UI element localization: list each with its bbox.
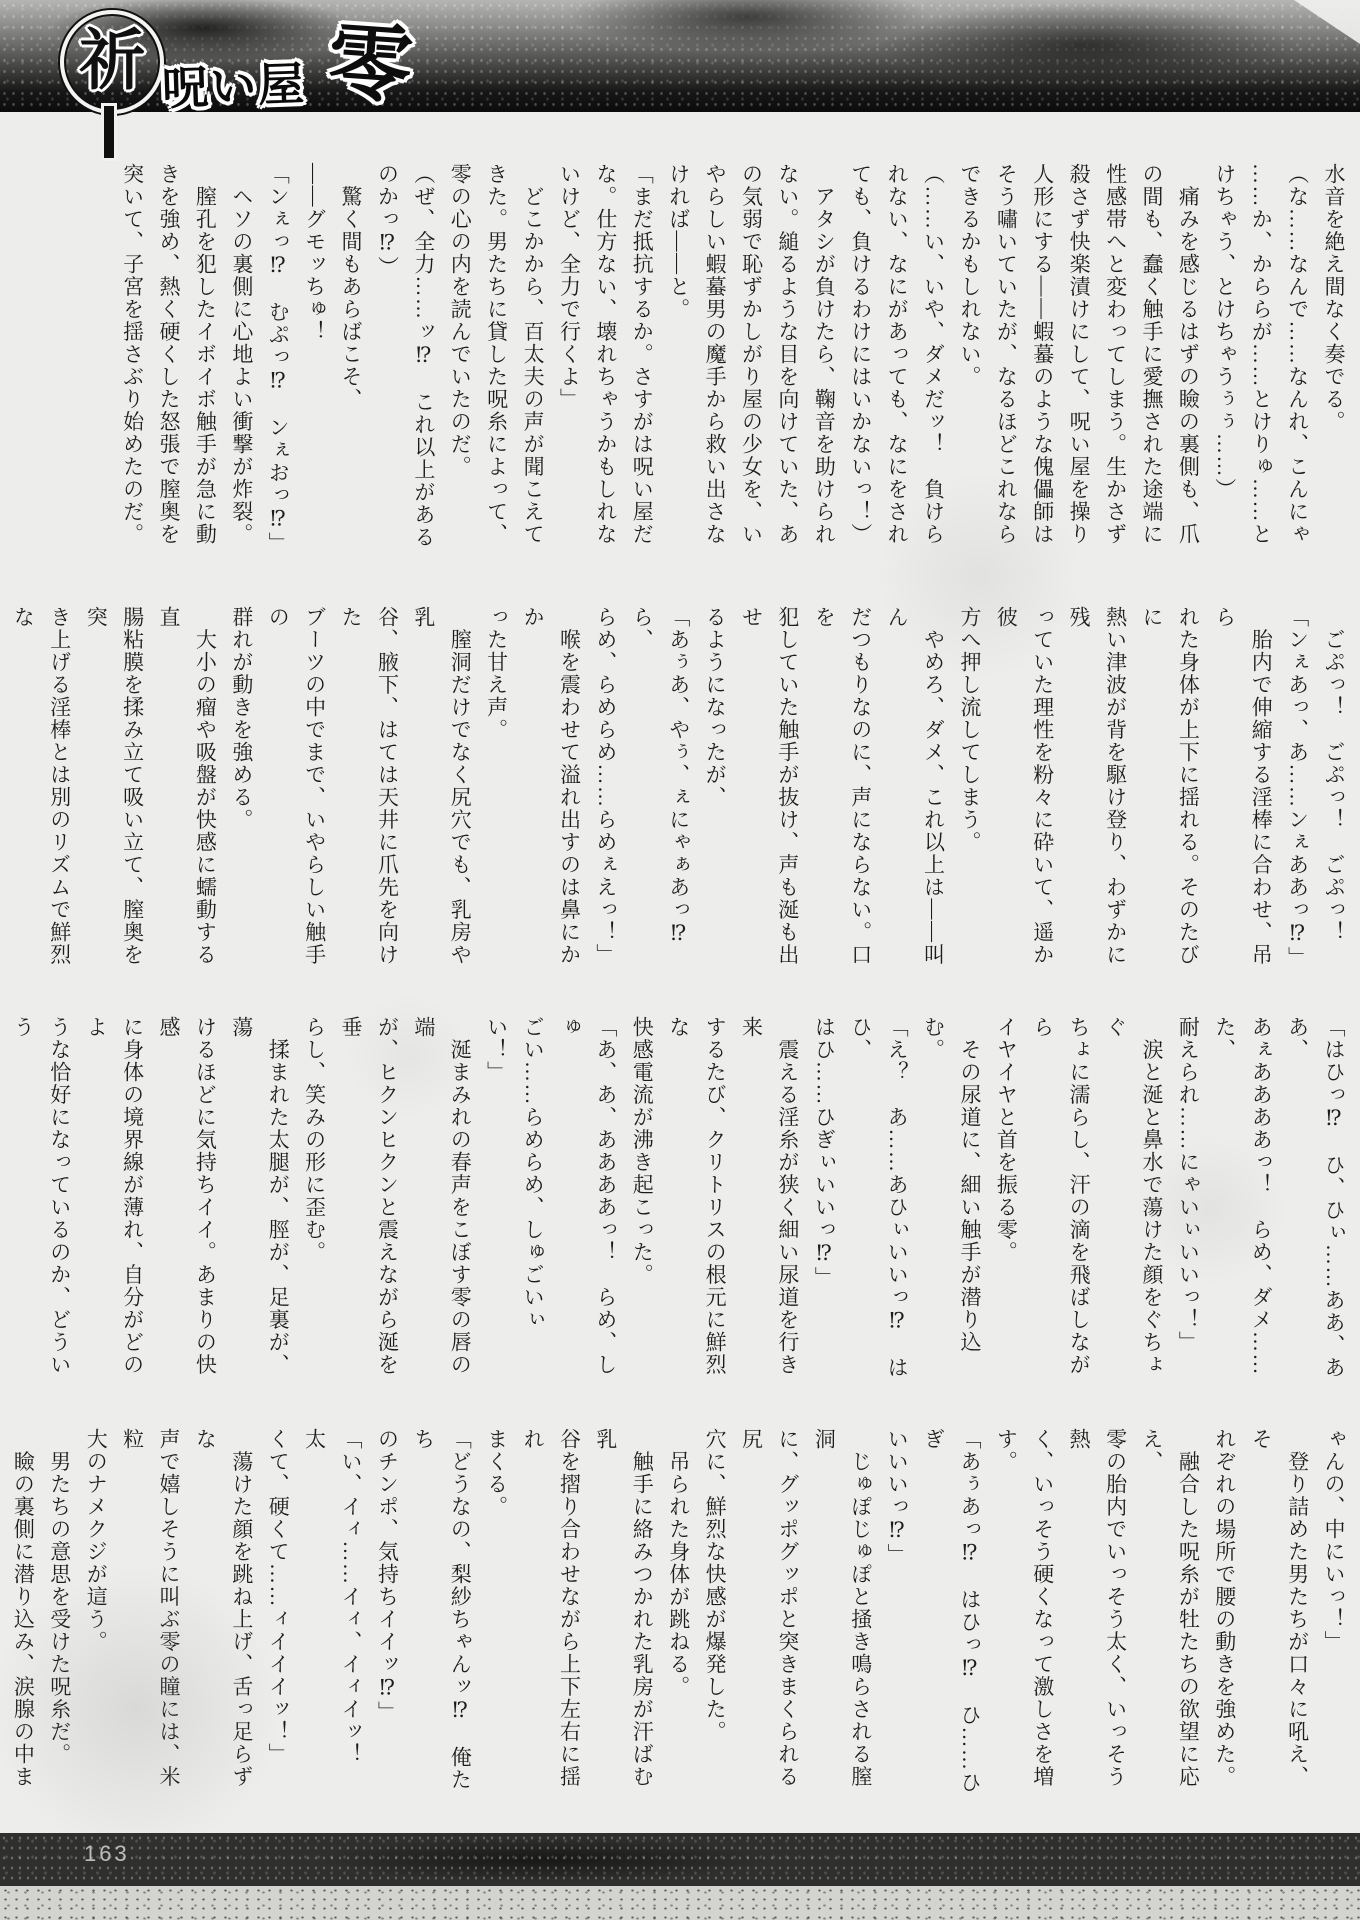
text-column: のかっ⁉）: [369, 163, 405, 551]
scanned-novel-page: 祈 呪い屋 零 水音を絶え間なく奏でる。（な……なんで……なんれ、こんにゃ……か…: [0, 0, 1360, 1920]
text-column: の気弱で恥ずかしがり屋の少女を、い: [733, 163, 769, 551]
text-column: （ぜ、全力……ッ⁉ これ以上がある: [405, 163, 441, 551]
text-column: だつもりなのに、声にならない。口を: [806, 606, 879, 972]
text-column: 瞼の裏側に潜り込み、涙腺の中まで: [0, 1428, 41, 1804]
text-column: 人形にする――蝦蟇のような傀儡師は: [1024, 163, 1060, 551]
text-column: 大のナメクジが這う。: [78, 1428, 114, 1804]
series-logo: 祈 呪い屋 零: [52, 6, 372, 156]
text-column: ければ――と。: [660, 163, 696, 551]
text-column: 「どうなの、梨紗ちゃんッ⁉ 俺たち: [405, 1428, 478, 1804]
text-column: 登り詰めた男たちが口々に吼え、そ: [1243, 1428, 1316, 1804]
text-column: イヤイヤと首を振る零。: [988, 1016, 1024, 1384]
text-column: 殺さず快楽漬けにして、呪い屋を操り: [1061, 163, 1097, 551]
text-column: きを強め、熱く硬くした怒張で膣奥を: [151, 163, 187, 551]
text-column: 零の心の内を読んでいたのだ。: [442, 163, 478, 551]
text-column: っていた理性を粉々に砕いて、遥か彼: [988, 606, 1061, 972]
text-column: 「ンぇっ⁉ むぷっ⁉ ンぇおっ⁉」: [260, 163, 296, 551]
text-column: 「はひっ⁉ ひ、ひぃ……ああ、ああ、: [1279, 1016, 1352, 1384]
text-column: 男たちの意思を受けた呪糸だ。: [41, 1428, 77, 1804]
text-column: 腸粘膜を揉み立て吸い立て、膣奥を突: [78, 606, 151, 972]
text-column: ない。縋るような目を向けていた、あ: [770, 163, 806, 551]
text-column: 膣洞だけでなく尻穴でも、乳房や乳: [405, 606, 478, 972]
text-column: やらしい蝦蟇男の魔手から救い出さな: [697, 163, 733, 551]
series-title-zero: 零: [325, 21, 415, 111]
text-column: が、ヒクンヒクンと震えながら涎を垂: [333, 1016, 406, 1384]
text-column: 突いて、子宮を揺さぶり始めたのだ。: [114, 163, 150, 551]
text-column: れぞれの場所で腰の動きを強めた。: [1206, 1428, 1242, 1804]
text-column: く、いっそう硬くなって激しさを増す。: [988, 1428, 1061, 1804]
page-number: 163: [84, 1841, 130, 1867]
text-column: 零の胎内でいっそう太く、いっそう熱: [1061, 1428, 1134, 1804]
text-column: るようになったが、: [697, 606, 733, 972]
text-column: ブーツの中でまで、いやらしい触手の: [260, 606, 333, 972]
text-column: けるほどに気持ちイイ。あまりの快感: [151, 1016, 224, 1384]
text-column: いいいっ⁉」: [879, 1428, 915, 1804]
text-column: ごぷっ！ ごぷっ！ ごぷっ！: [1316, 606, 1352, 972]
text-band-3: 「はひっ⁉ ひ、ひぃ……ああ、ああ、あぇああああっ！ らめ、ダメ……た、耐えられ…: [110, 1016, 1352, 1384]
text-column: 蕩けた顔を跳ね上げ、舌っ足らずな: [187, 1428, 260, 1804]
text-column: の間も、蠢く触手に愛撫された途端に: [1134, 163, 1170, 551]
text-column: 「まだ抵抗するか。さすがは呪い屋だ: [624, 163, 660, 551]
text-column: 方へ押し流してしまう。: [952, 606, 988, 972]
text-column: そう嘯いていたが、なるほどこれなら: [988, 163, 1024, 551]
text-column: じゅぽじゅぽと掻き鳴らされる膣洞: [806, 1428, 879, 1804]
text-column: 触手に絡みつかれた乳房が汗ばむ乳: [587, 1428, 660, 1804]
text-column: 大小の瘤や吸盤が快感に蠕動する直: [151, 606, 224, 972]
text-column: った甘え声。: [478, 606, 514, 972]
text-column: 水音を絶え間なく奏でる。: [1316, 163, 1352, 551]
text-column: 「え？ あ……あひぃいいっ⁉ はひ、: [842, 1016, 915, 1384]
text-column: 涙と涎と鼻水で蕩けた顔をぐちょぐ: [1097, 1016, 1170, 1384]
text-column: 驚く間もあらばこそ、: [333, 163, 369, 551]
text-column: くて、硬くて……ィイイイッ！」: [260, 1428, 296, 1804]
text-column: 穴に、鮮烈な快感が爆発した。: [697, 1428, 733, 1804]
text-column: 熱い津波が背を駆け登り、わずかに残: [1061, 606, 1134, 972]
text-column: 震える淫糸が狭く細い尿道を行き来: [733, 1016, 806, 1384]
text-column: 痛みを感じるはずの瞼の裏側も、爪: [1170, 163, 1206, 551]
text-column: 膣孔を犯したイボイボ触手が急に動: [187, 163, 223, 551]
text-column: やめろ、ダメ、これ以上は――叫ん: [879, 606, 952, 972]
text-column: 「ンぇあっ、あ……ンぇああっ⁉」: [1279, 606, 1315, 972]
text-column: 涎まみれの春声をこぼす零の唇の端: [405, 1016, 478, 1384]
text-column: 場所で、だれに、どんな風に犯されて: [0, 1016, 5, 1384]
text-column: 融合した呪糸が牡たちの欲望に応え、: [1134, 1428, 1207, 1804]
text-column: 揉まれた太腿が、脛が、足裏が、蕩: [223, 1016, 296, 1384]
text-column: 谷、腋下、はては天井に爪先を向けた: [333, 606, 406, 972]
text-column: アタシが負けたら、鞠音を助けられ: [806, 163, 842, 551]
text-band-4: ゃんの、中にいっ！」 登り詰めた男たちが口々に吼え、それぞれの場所で腰の動きを強…: [110, 1428, 1352, 1804]
text-column: いけど、全力で行くよ」: [551, 163, 587, 551]
text-column: 「あぅあっ⁉ はひっ⁉ ひ……ひぎ: [915, 1428, 988, 1804]
text-column: 淫悦を次々と閃かせた。: [0, 606, 5, 972]
text-column: ごい……らめらめ、しゅごいぃい！」: [478, 1016, 551, 1384]
header-banner: 祈 呪い屋 零: [0, 0, 1360, 112]
text-column: らし、笑みの形に歪む。: [296, 1016, 332, 1384]
text-column: 喉を震わせて溢れ出すのは鼻にかか: [515, 606, 588, 972]
text-column: き上げる淫棒とは別のリズムで鮮烈な: [5, 606, 78, 972]
text-column: のチンポ、気持ちイイッ⁉」: [369, 1428, 405, 1804]
text-column: れた身体が上下に揺れる。そのたびに: [1134, 606, 1207, 972]
text-column: （……い、いや、ダメだッ！ 負けら: [915, 163, 951, 551]
text-column: 「あ、あ、ああああっ！ らめ、しゅ: [551, 1016, 624, 1384]
text-column: ゃんの、中にいっ！」: [1316, 1428, 1352, 1804]
text-column: 声で嬉しそうに叫ぶ零の瞳には、米粒: [114, 1428, 187, 1804]
text-column: ヘソの裏側に心地よい衝撃が炸裂。: [223, 163, 259, 551]
text-column: あぇああああっ！ らめ、ダメ……た、: [1206, 1016, 1279, 1384]
text-column: 耐えられ……にゃいぃいいっ！」: [1170, 1016, 1206, 1384]
text-column: れない、なにがあっても、なにをされ: [879, 163, 915, 551]
text-column: するたび、クリトリスの根元に鮮烈な: [660, 1016, 733, 1384]
series-emblem-circle: 祈: [60, 10, 164, 114]
text-column: （な……なんで……なんれ、こんにゃ: [1279, 163, 1315, 551]
text-column: どこかから、百太夫の声が聞こえて: [515, 163, 551, 551]
text-column: その尿道に、細い触手が潜り込む。: [915, 1016, 988, 1384]
text-band-2: ごぷっ！ ごぷっ！ ごぷっ！「ンぇあっ、あ……ンぇああっ⁉」 胎内で伸縮する淫棒…: [110, 606, 1352, 972]
text-band-1: 水音を絶え間なく奏でる。（な……なんで……なんれ、こんにゃ……か、かららが……と…: [110, 163, 1352, 551]
text-column: に身体の境界線が薄れ、自分がどのよ: [78, 1016, 151, 1384]
series-emblem-kanji: 祈: [79, 29, 145, 95]
text-column: ……か、かららが……とけりゅ……と: [1243, 163, 1279, 551]
text-column: ――グモッちゅ！: [296, 163, 332, 551]
text-column: きた。男たちに貸した呪糸によって、: [478, 163, 514, 551]
series-title: 呪い屋: [161, 48, 307, 119]
text-column: 「あぅあ、やぅ、ぇにゃぁあっ⁉ ら、: [624, 606, 697, 972]
text-column: 性感帯へと変わってしまう。生かさず: [1097, 163, 1133, 551]
text-column: ちょに濡らし、汗の滴を飛ばしながら: [1024, 1016, 1097, 1384]
text-column: 群れが動きを強める。: [223, 606, 259, 972]
footer-bar: [0, 1833, 1360, 1886]
text-column: 谷を摺り合わせながら上下左右に揺れ: [515, 1428, 588, 1804]
text-column: 吊られた身体が跳ねる。: [660, 1428, 696, 1804]
text-column: らめ、らめらめ……らめぇえっ！」: [587, 606, 623, 972]
text-column: まくる。: [478, 1428, 514, 1804]
bottom-grunge-strip: [0, 1886, 1360, 1920]
text-column: はひ……ひぎぃいいっ⁉」: [806, 1016, 842, 1384]
text-column: 犯していた触手が抜け、声も涎も出せ: [733, 606, 806, 972]
series-emblem-stem: [104, 106, 114, 158]
text-column: 「い、イィ……イィ、イィイッ！ 太: [296, 1428, 369, 1804]
text-column: ても、負けるわけにはいかないっ！）: [842, 163, 878, 551]
text-column: できるかもしれない。: [952, 163, 988, 551]
text-column: 胎内で伸縮する淫棒に合わせ、吊ら: [1206, 606, 1279, 972]
text-column: けちゃう、とけちゃうぅぅ……）: [1206, 163, 1242, 551]
text-column: 快感電流が沸き起こった。: [624, 1016, 660, 1384]
text-column: に、グッポグッポと突きまくられる尻: [733, 1428, 806, 1804]
text-column: うな恰好になっているのか、どういう: [5, 1016, 78, 1384]
text-column: な。仕方ない、壊れちゃうかもしれな: [587, 163, 623, 551]
